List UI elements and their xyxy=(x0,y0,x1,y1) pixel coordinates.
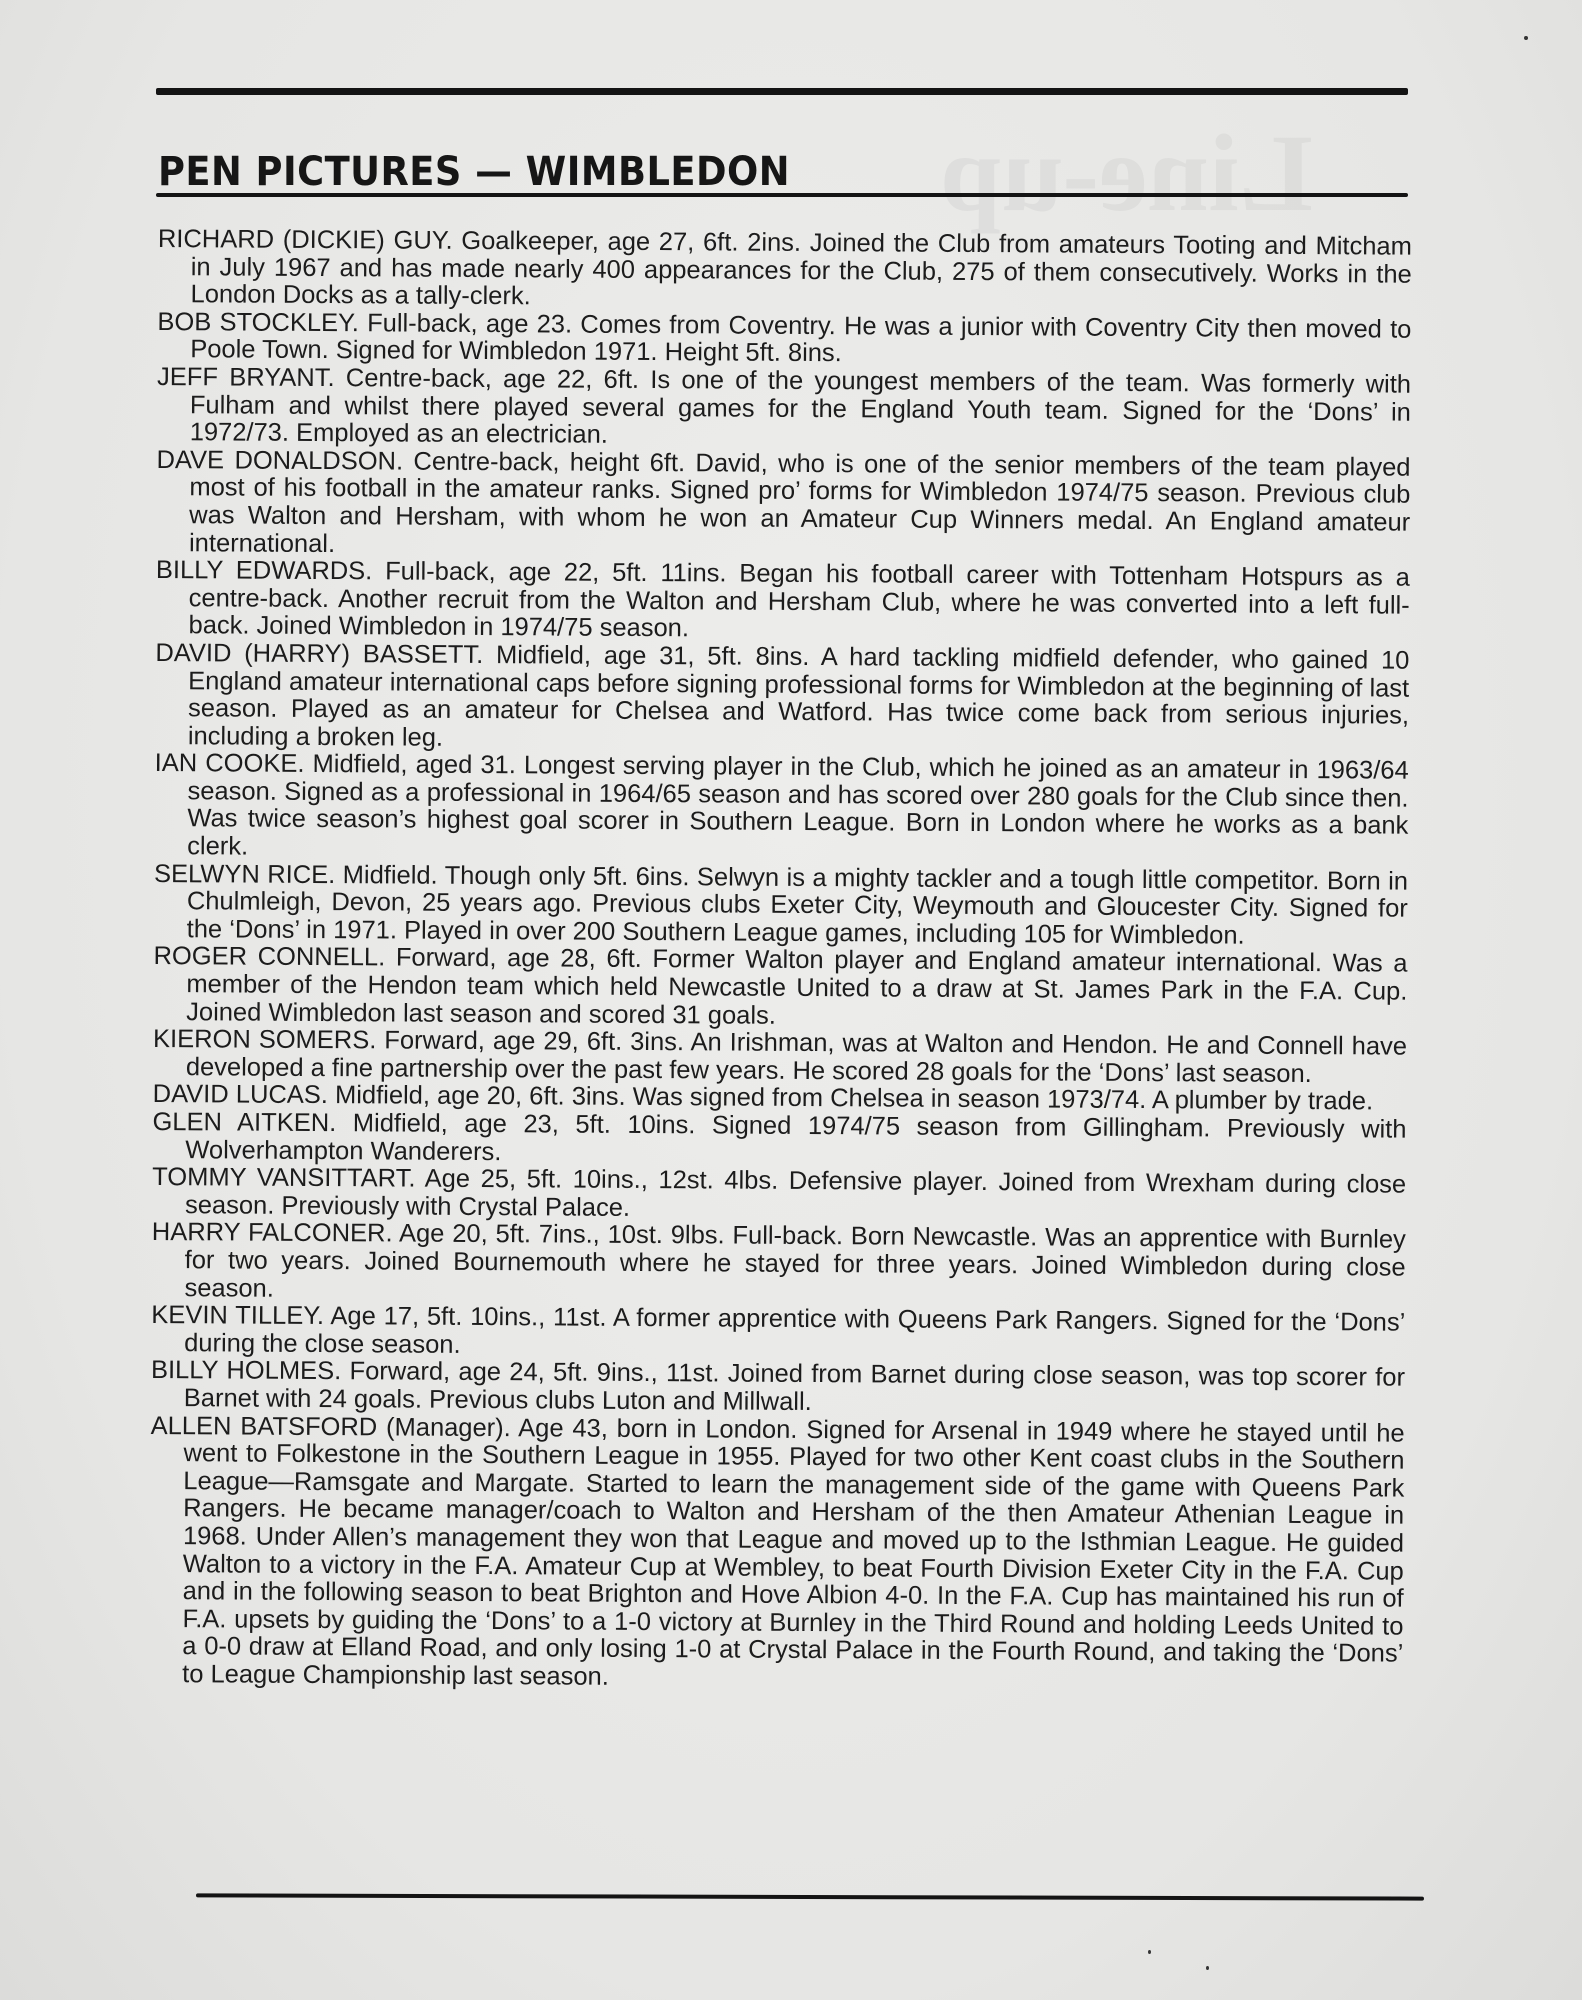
player-name: DAVE DONALDSON. xyxy=(156,446,403,476)
player-description: Midfield, aged 31. Longest serving playe… xyxy=(187,750,1409,860)
show-through-text: Line-up xyxy=(940,110,1313,237)
player-name: GLEN AITKEN. xyxy=(152,1108,336,1137)
player-entry: HARRY FALCONER. Age 20, 5ft. 7ins., 10st… xyxy=(151,1219,1405,1309)
player-description: Age 43, born in London. Signed for Arsen… xyxy=(182,1414,1405,1691)
player-description: Full-back, age 22, 5ft. 11ins. Began his… xyxy=(188,558,1409,643)
player-name: DAVID LUCAS. xyxy=(153,1080,328,1109)
player-name: BOB STOCKLEY. xyxy=(157,308,359,337)
player-name: IAN COOKE. xyxy=(155,749,305,778)
title-rule xyxy=(156,193,1408,197)
player-name: BILLY HOLMES. xyxy=(151,1356,341,1385)
player-entry: BILLY EDWARDS. Full-back, age 22, 5ft. 1… xyxy=(155,557,1409,647)
paper-speck xyxy=(1206,1966,1209,1970)
player-name: BILLY EDWARDS. xyxy=(156,556,373,585)
player-entry: DAVID (HARRY) BASSETT. Midfield, age 31,… xyxy=(155,640,1410,758)
player-entry: SELWYN RICE. Midfield. Though only 5ft. … xyxy=(154,861,1408,951)
player-entry: BOB STOCKLEY. Full-back, age 23. Comes f… xyxy=(157,309,1411,372)
player-entry: DAVE DONALDSON. Centre-back, height 6ft.… xyxy=(156,447,1411,565)
player-name: JEFF BRYANT. xyxy=(157,363,335,392)
player-description: Forward, age 24, 5ft. 9ins., 11st. Joine… xyxy=(184,1358,1405,1416)
paper-speck xyxy=(1148,1950,1151,1954)
player-description: Midfield. Though only 5ft. 6ins. Selwyn … xyxy=(187,861,1409,950)
player-name: RICHARD (DICKIE) GUY. xyxy=(158,225,453,255)
page-title: PEN PICTURES — WIMBLEDON xyxy=(158,149,790,195)
player-entry: BILLY HOLMES. Forward, age 24, 5ft. 9ins… xyxy=(151,1357,1405,1420)
player-entry: KIERON SOMERS. Forward, age 29, 6ft. 3in… xyxy=(153,1026,1407,1089)
player-entry: TOMMY VANSITTART. Age 25, 5ft. 10ins., 1… xyxy=(152,1164,1406,1227)
player-name: KEVIN TILLEY. xyxy=(151,1301,324,1330)
player-entry: RICHARD (DICKIE) GUY. Goalkeeper, age 27… xyxy=(157,226,1411,316)
pen-pictures-list: RICHARD (DICKIE) GUY. Goalkeeper, age 27… xyxy=(149,226,1412,1696)
top-rule xyxy=(156,88,1408,95)
player-description: Age 17, 5ft. 10ins., 11st. A former appr… xyxy=(184,1302,1405,1358)
player-description: Midfield, age 23, 5ft. 10ins. Signed 197… xyxy=(185,1109,1406,1166)
player-entry: ALLEN BATSFORD (Manager). Age 43, born i… xyxy=(149,1413,1405,1697)
player-name: TOMMY VANSITTART. xyxy=(152,1163,415,1193)
player-name: KIERON SOMERS. xyxy=(153,1025,376,1054)
player-description: Centre-back, age 22, 6ft. Is one of the … xyxy=(190,364,1411,449)
bottom-rule xyxy=(196,1893,1424,1900)
player-name: DAVID (HARRY) BASSETT. xyxy=(155,639,483,669)
player-name: HARRY FALCONER. xyxy=(152,1218,393,1247)
player-entry: KEVIN TILLEY. Age 17, 5ft. 10ins., 11st.… xyxy=(151,1302,1405,1365)
player-entry: ROGER CONNELL. Forward, age 28, 6ft. For… xyxy=(153,943,1407,1033)
player-description: Full-back, age 23. Comes from Coventry. … xyxy=(190,309,1411,367)
player-name: ALLEN BATSFORD (Manager). xyxy=(151,1412,511,1442)
player-name: SELWYN RICE. xyxy=(154,860,335,889)
player-entry: JEFF BRYANT. Centre-back, age 22, 6ft. I… xyxy=(157,364,1411,454)
player-entry: GLEN AITKEN. Midfield, age 23, 5ft. 10in… xyxy=(152,1109,1406,1172)
player-entry: IAN COOKE. Midfield, aged 31. Longest se… xyxy=(154,750,1409,868)
player-name: ROGER CONNELL. xyxy=(153,942,385,971)
paper-speck xyxy=(1524,36,1528,40)
programme-page: Line-up PEN PICTURES — WIMBLEDON RICHARD… xyxy=(0,0,1582,2000)
